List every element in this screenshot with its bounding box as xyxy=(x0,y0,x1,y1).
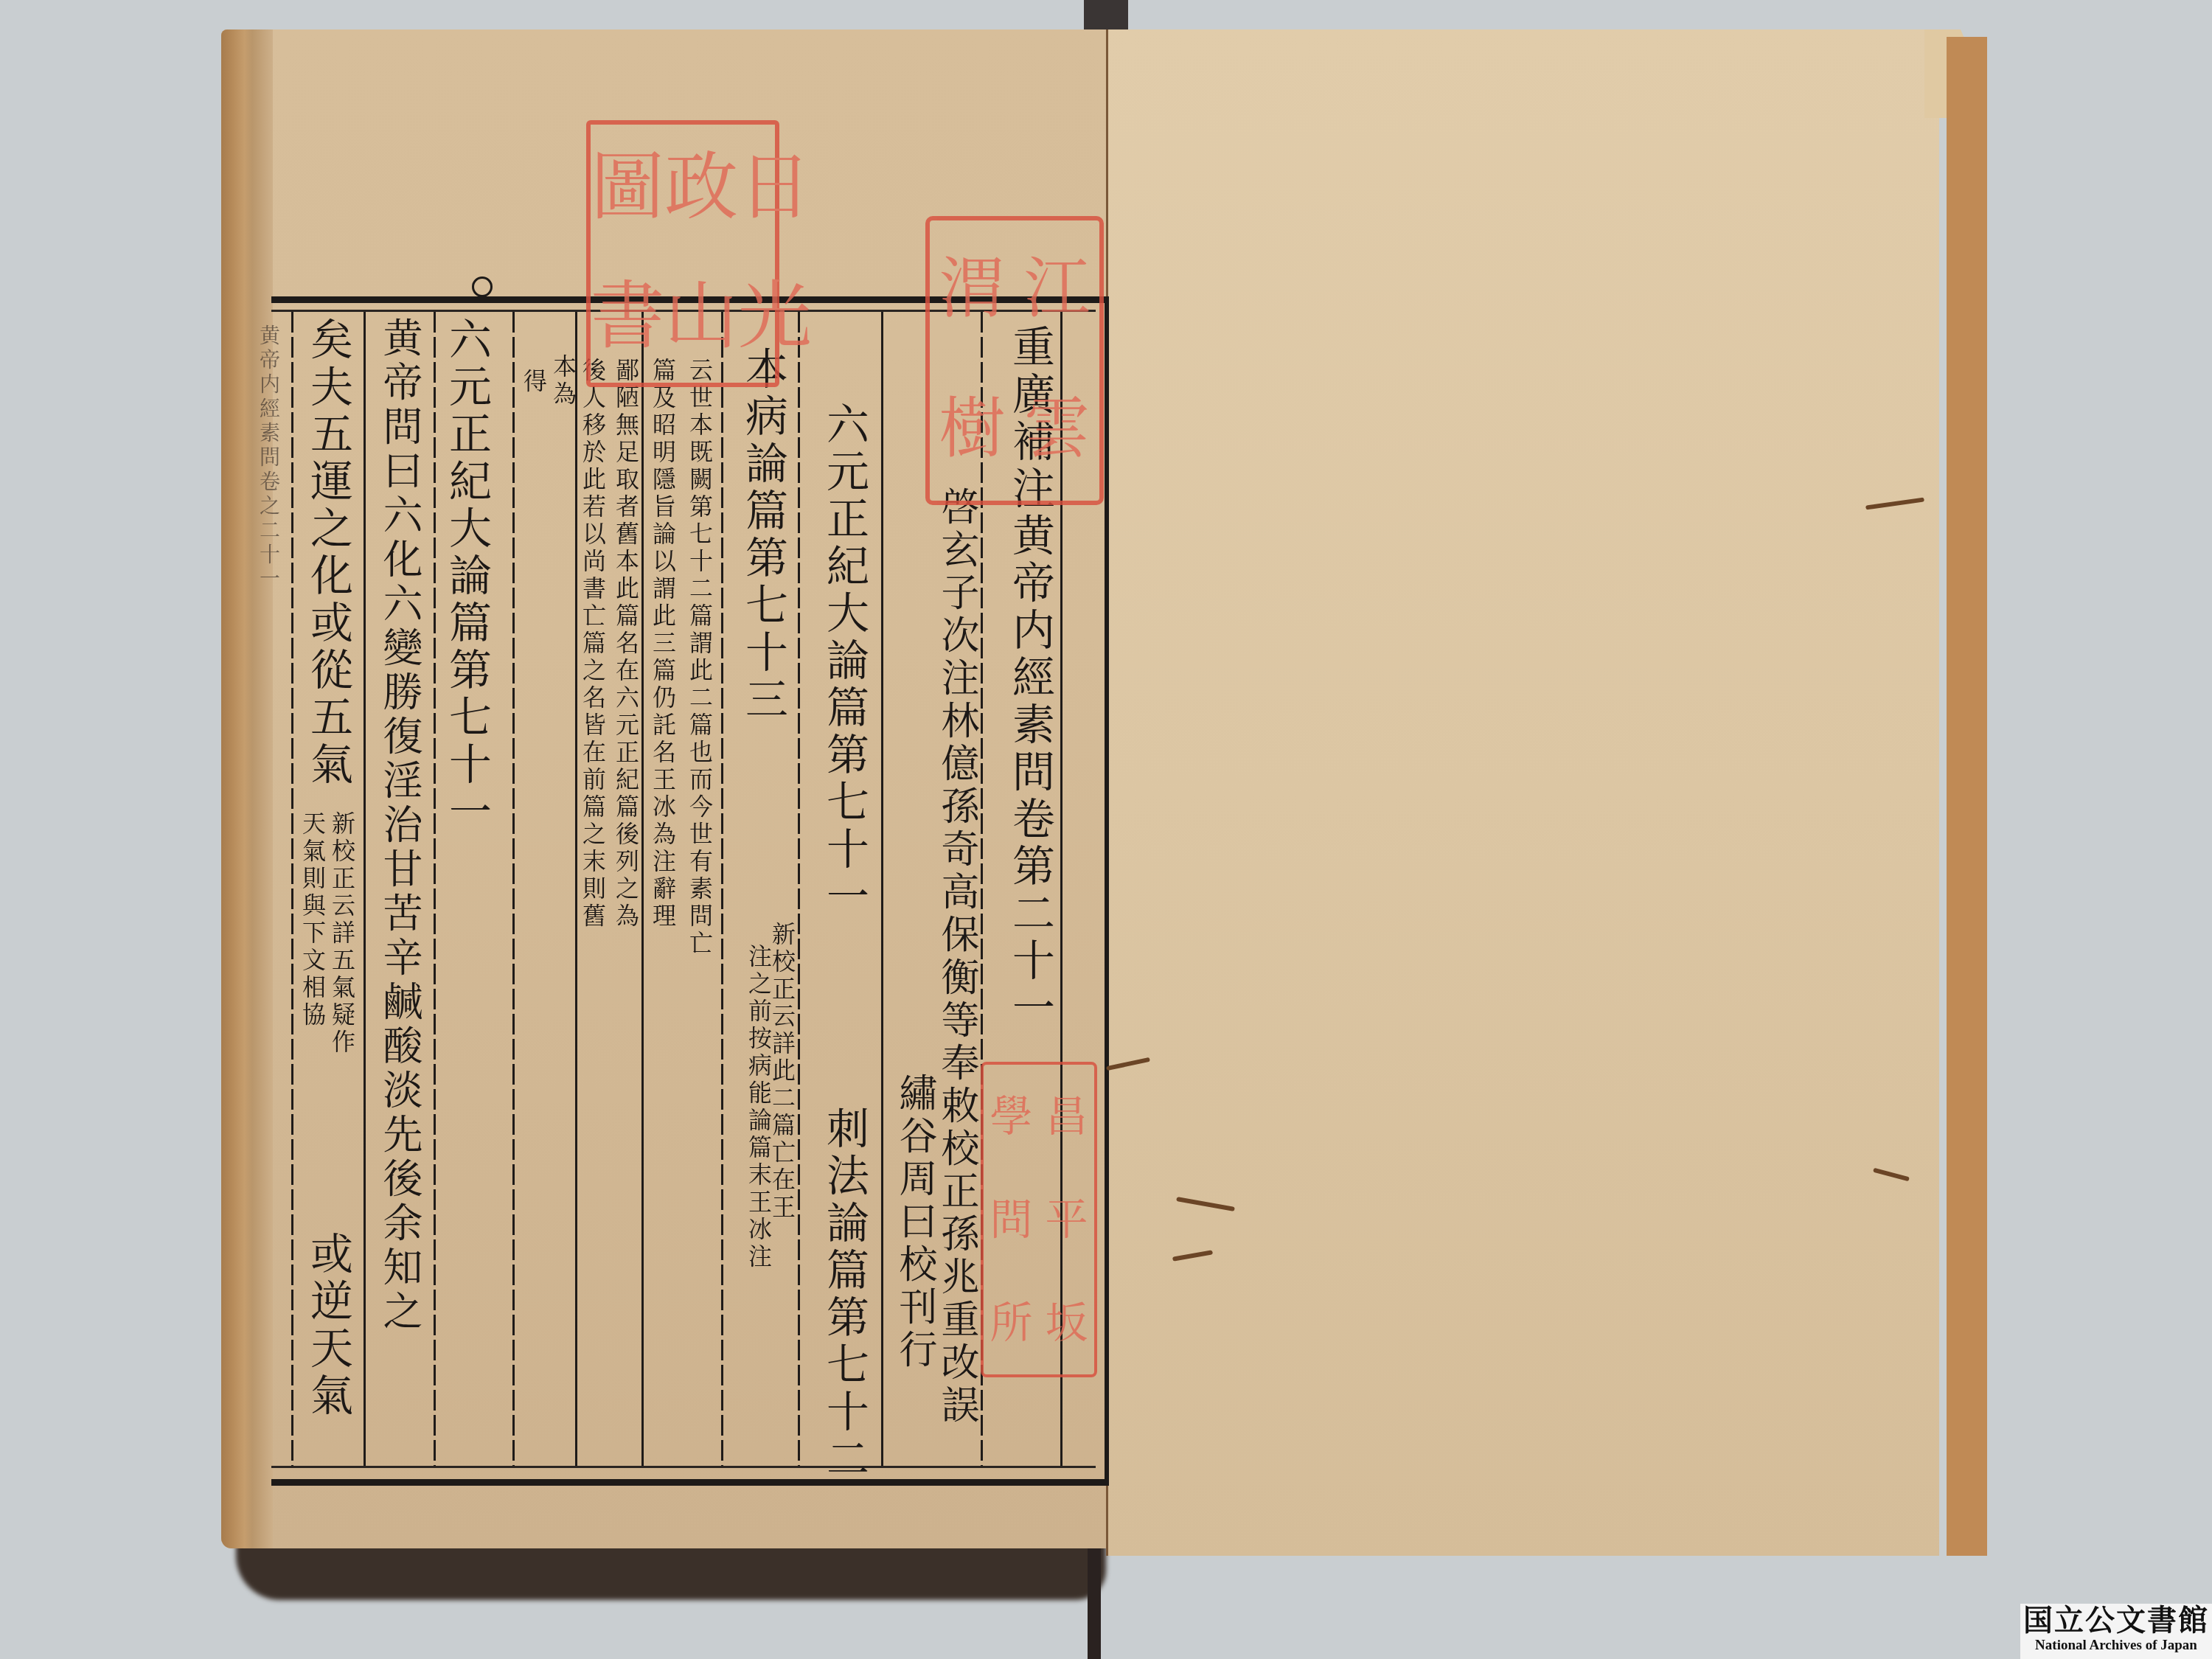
seal-char: 學 xyxy=(984,1065,1039,1168)
column-rule xyxy=(364,312,366,1466)
annotation-column: 天氣則與下文相協 xyxy=(299,811,327,1029)
annotation-column: 後人移於此若以尚書亡篇之名皆在前篇之末則舊 xyxy=(579,358,607,931)
archive-logo-en: National Archives of Japan xyxy=(2020,1638,2212,1654)
column-rule xyxy=(798,312,800,1466)
annotation-column: 新校正云詳此二篇亡在王 xyxy=(768,922,796,1222)
seal-char: 樹 xyxy=(930,361,1015,501)
annotation-column: 新校正云詳五氣疑作 xyxy=(328,811,356,1057)
seal-char: 圖 xyxy=(591,125,664,254)
column-rule xyxy=(434,312,436,1466)
seal-char: 渭 xyxy=(930,220,1015,361)
column-rule xyxy=(291,312,293,1466)
publisher-column: 繡谷周曰校刊行 xyxy=(888,1073,940,1372)
text-column: 本病論篇第七十三 xyxy=(737,347,789,724)
column-rule xyxy=(881,312,883,1466)
seal-char: 書 xyxy=(591,254,664,383)
column-rule xyxy=(721,312,723,1466)
text-column: 黄帝問曰六化六變勝復淫治甘苦辛鹹酸淡先後余知之 xyxy=(372,317,424,1335)
text-column: 六元正紀大論篇第七十一 xyxy=(441,317,493,836)
right-page-blank xyxy=(1106,29,1939,1556)
annotation-column: 云世本既闕第七十二篇謂此二篇也而今世有素問亡 xyxy=(686,358,714,958)
seal-char: 光 xyxy=(738,254,812,383)
annotation-column: 篇及昭明隱旨論以謂此三篇仍託名王冰為注辭理 xyxy=(649,358,677,931)
seal-char: 問 xyxy=(984,1168,1039,1271)
seal-char: 政 xyxy=(664,125,738,254)
seal-char: 坂 xyxy=(1039,1271,1094,1374)
seal-char: 山 xyxy=(664,254,738,383)
column-rule xyxy=(575,312,577,1466)
annotation-column: 本為 xyxy=(549,354,577,408)
seal-char: 日 xyxy=(738,125,812,254)
seal-char: 所 xyxy=(984,1271,1039,1374)
column-rule xyxy=(641,312,644,1466)
book-shadow xyxy=(236,1541,1106,1600)
seal-char: 江 xyxy=(1015,220,1099,361)
text-column: 六元正紀大論篇第七十一 xyxy=(818,402,870,921)
seal-library-stamp: 圖 政 日 書 山 光 xyxy=(586,120,779,387)
circle-mark xyxy=(472,276,493,297)
annotation-column: 得 xyxy=(520,369,548,396)
right-cover-edge xyxy=(1947,37,1987,1556)
seal-school-stamp: 學 昌 問 平 所 坂 xyxy=(981,1062,1097,1377)
annotation-column: 鄙陋無足取者舊本此篇名在六元正紀篇後列之為 xyxy=(612,358,640,931)
seal-collector-stamp: 渭 江 樹 雲 xyxy=(925,216,1104,505)
text-column: 或逆天氣 xyxy=(302,1231,354,1420)
left-page-edges xyxy=(221,29,273,1548)
text-column: 矣夫五運之化或從五氣 xyxy=(302,317,354,789)
seal-char: 雲 xyxy=(1015,361,1099,501)
column-rule xyxy=(512,312,515,1466)
text-column: 刺法論篇第七十二 xyxy=(818,1106,870,1484)
book-spine-bottom xyxy=(1088,1548,1101,1659)
fore-edge-title: 黄帝内經素問卷之二十一 xyxy=(254,324,282,592)
archive-logo-jp: 国立公文書館 xyxy=(2020,1604,2212,1638)
seal-char: 昌 xyxy=(1039,1065,1094,1168)
archive-logo: 国立公文書館 National Archives of Japan xyxy=(2020,1604,2212,1659)
seal-char: 平 xyxy=(1039,1168,1094,1271)
